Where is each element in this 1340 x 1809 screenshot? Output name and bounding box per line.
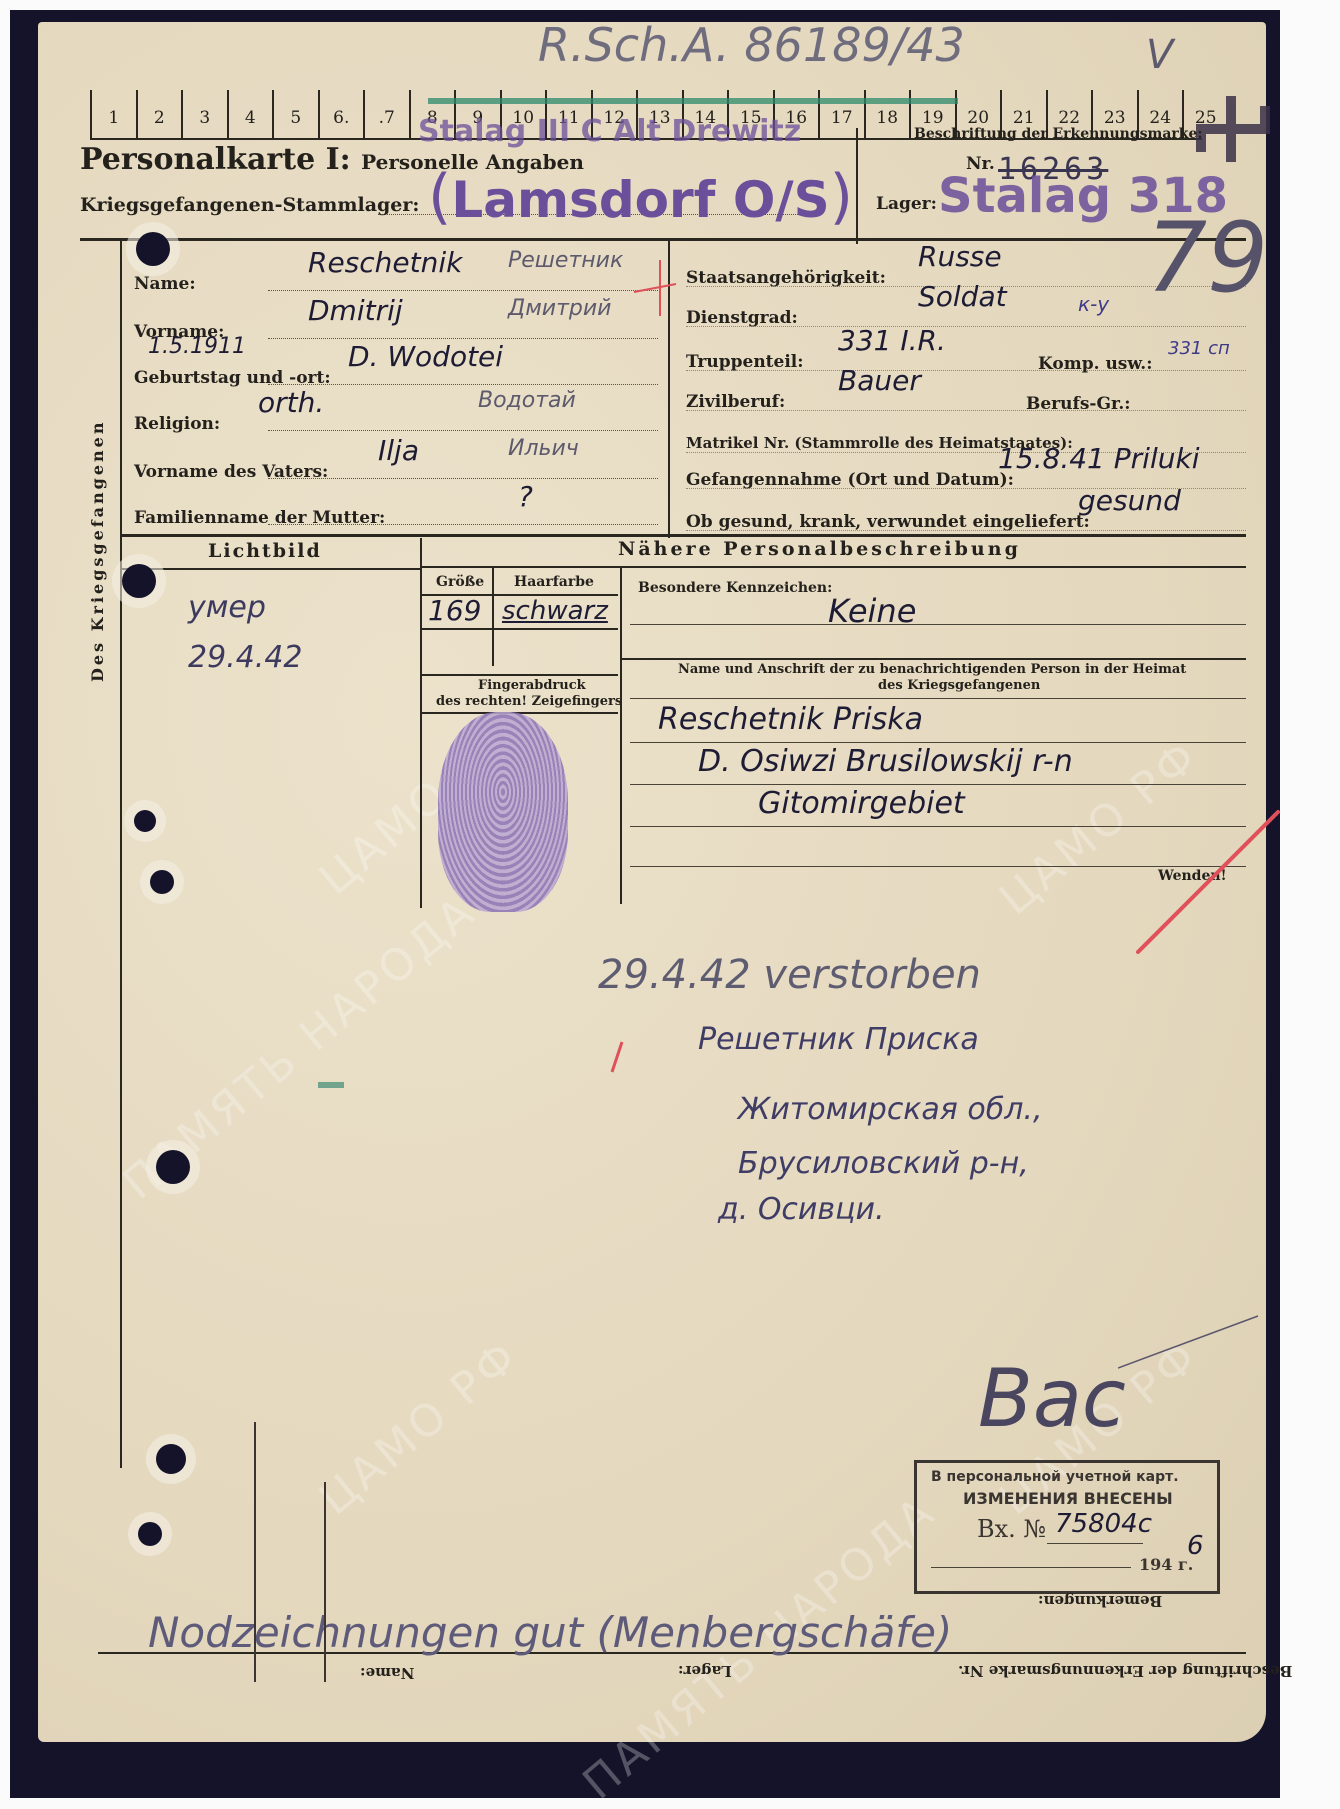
personal-field-line xyxy=(268,384,658,385)
bottom-vertical-line-1 xyxy=(254,1422,256,1682)
personal-field-value: ? xyxy=(518,480,533,513)
russian-note-line: Житомирская обл., xyxy=(738,1092,1043,1127)
military-field-label-secondary: Komp. usw.: xyxy=(1038,354,1153,374)
haarfarbe-value: schwarz xyxy=(502,596,608,626)
personal-field-russian-note: Ильич xyxy=(508,436,579,461)
military-field-label: Truppenteil: xyxy=(686,352,804,372)
military-field-value: gesund xyxy=(1078,484,1181,517)
ruler-cell: 2 xyxy=(136,90,182,138)
military-field-russian-note: к-у xyxy=(1078,292,1109,316)
military-field-value: Soldat xyxy=(918,280,1007,313)
card-title-text: Personalkarte I: xyxy=(80,142,351,177)
bottom-handwritten-note: Nodzeichnungen gut (Menbergschäfe) xyxy=(148,1608,952,1657)
bottom-lager-label: Lager: xyxy=(678,1662,732,1680)
military-field-value: Bauer xyxy=(838,364,921,397)
lichtbild-note-date: 29.4.42 xyxy=(188,640,303,675)
groesse-value: 169 xyxy=(428,594,481,627)
fingerabdruck-label-2: des rechten! Zeigefingers xyxy=(436,694,622,709)
personal-field-label: Geburtstag und -ort: xyxy=(134,368,331,388)
signature-flourish xyxy=(1118,1312,1268,1372)
fingerprint-top-rule xyxy=(422,674,618,676)
green-strikethrough xyxy=(428,98,958,104)
contact-label-line xyxy=(630,698,1246,699)
personal-field-value: Dmitrij xyxy=(308,294,403,327)
contact-rule xyxy=(630,784,1246,785)
fingerprint-impression xyxy=(438,712,568,912)
red-pencil-stroke xyxy=(1128,802,1288,962)
header-bottom-rule xyxy=(80,238,1246,241)
erkennungsmarke-label: Beschriftung der Erkennungsmarke: xyxy=(914,126,1203,142)
birth-date-value: 1.5.1911 xyxy=(148,334,246,359)
haarfarbe-label: Haarfarbe xyxy=(514,574,594,590)
groesse-value-rule xyxy=(422,628,618,630)
ruler-cell: 5 xyxy=(272,90,318,138)
russian-note-line: Брусиловский р-н, xyxy=(738,1146,1029,1181)
stamp-year-text: 194 xyxy=(1139,1555,1172,1574)
personal-field-value: Reschetnik xyxy=(308,246,462,279)
punch-hole xyxy=(122,564,156,598)
groesse-divider xyxy=(492,568,494,666)
contact-line: Reschetnik Priska xyxy=(658,702,923,737)
stamp-date-line xyxy=(931,1567,1131,1568)
lichtbild-note-died: умер xyxy=(188,590,266,625)
military-field-value-secondary: 331 сп xyxy=(1168,338,1230,359)
green-ink-dot xyxy=(318,1082,344,1088)
groesse-label: Größe xyxy=(436,574,484,590)
lichtbild-rule xyxy=(120,568,420,570)
russian-note-line: Решетник Приска xyxy=(698,1022,979,1057)
fingerabdruck-label-1: Fingerabdruck xyxy=(478,678,586,693)
lager-label: Lager: xyxy=(876,194,937,214)
stammlager-stamp: (Lamsdorf O/S) xyxy=(428,162,853,232)
military-field-value: Russe xyxy=(918,240,1002,273)
kennzeichen-label: Besondere Kennzeichen: xyxy=(638,580,832,596)
military-field-label: Staatsangehörigkeit: xyxy=(686,268,886,288)
personal-field-value: D. Wodotei xyxy=(348,340,503,373)
soviet-archive-stamp: В персональной учетной карт. ИЗМЕНЕНИЯ В… xyxy=(914,1460,1220,1594)
personal-field-label: Familienname der Mutter: xyxy=(134,508,385,528)
bottom-erkennungsmarke-label: Beschriftung der Erkennungsmarke Nr. xyxy=(958,1662,1292,1680)
personal-field-line xyxy=(268,338,658,339)
death-note: 29.4.42 verstorben xyxy=(598,952,981,998)
punch-hole xyxy=(156,1150,190,1184)
kennzeichen-line xyxy=(630,624,1246,625)
stamp-incoming-number: 75804с xyxy=(1055,1509,1152,1539)
watermark: ЦАМО РФ xyxy=(310,1330,529,1525)
fingerprint-divider xyxy=(620,568,622,904)
bottom-vertical-line-2 xyxy=(324,1482,326,1682)
signature: Вас xyxy=(978,1352,1126,1445)
military-field-value: 15.8.41 Priluki xyxy=(998,442,1199,475)
bottom-name-label: Name: xyxy=(360,1664,414,1682)
beschreibung-rule xyxy=(420,566,1246,568)
punch-hole xyxy=(150,870,174,894)
contact-rule xyxy=(630,742,1246,743)
bemerkungen-label: Bemerkungen: xyxy=(1038,1592,1162,1610)
military-field-label: Gefangennahme (Ort und Datum): xyxy=(686,470,1014,490)
left-margin-line xyxy=(120,238,122,1468)
personal-field-label: Name: xyxy=(134,274,196,294)
ruler-cell: 4 xyxy=(227,90,273,138)
personal-field-russian-note: Водотай xyxy=(478,388,576,413)
personal-field-line xyxy=(268,478,658,479)
military-field-line xyxy=(686,410,1246,411)
military-field-label: Zivilberuf: xyxy=(686,392,785,412)
punch-hole xyxy=(136,232,170,266)
ruler-cell: .7 xyxy=(363,90,409,138)
russian-note-line: д. Осивци. xyxy=(718,1192,885,1227)
punch-hole xyxy=(134,810,156,832)
military-field-value: 331 I.R. xyxy=(838,324,946,357)
red-cross-mark xyxy=(630,258,680,318)
ruler-cell: 6. xyxy=(318,90,364,138)
stammlager-label: Kriegsgefangenen-Stammlager: xyxy=(80,194,419,216)
margin-number-note: 79 xyxy=(1146,202,1268,314)
contact-label-1: Name und Anschrift der zu benachrichtige… xyxy=(678,662,1186,677)
punch-hole xyxy=(156,1444,186,1474)
personal-field-value: Ilja xyxy=(378,434,419,467)
personalbeschreibung-header: Nähere Personalbeschreibung xyxy=(618,538,1021,560)
red-tick-mark xyxy=(608,1032,628,1092)
side-vertical-label: Des Kriegsgefangenen xyxy=(88,420,107,682)
stammlager-value: Lamsdorf O/S xyxy=(451,171,829,229)
stamp-handwritten-digit: 6 xyxy=(1187,1531,1204,1561)
military-field-line xyxy=(686,530,1246,531)
military-field-line xyxy=(686,326,1246,327)
stamp-number-line xyxy=(1047,1543,1143,1544)
personal-field-line xyxy=(268,430,658,431)
contact-label-2: des Kriegsgefangenen xyxy=(878,678,1040,693)
stamp-line-2: ИЗМЕНЕНИЯ ВНЕСЕНЫ xyxy=(963,1489,1173,1508)
ruler-cell: 3 xyxy=(181,90,227,138)
archive-reference-annotation: R.Sch.A. 86189/43 xyxy=(538,18,965,72)
personal-bottom-rule xyxy=(120,534,1246,537)
contact-line: D. Osiwzi Brusilowskij r-n xyxy=(698,744,1073,779)
ruler-cell: 1 xyxy=(90,90,136,138)
contact-top-rule xyxy=(620,658,1246,660)
personalkarte-document: ПАМЯТЬ НАРОДА ПАМЯТЬ НАРОДА ЦАМО РФ ЦАМО… xyxy=(38,22,1266,1742)
military-field-line xyxy=(686,370,1246,371)
header-divider xyxy=(856,128,858,244)
personal-field-label: Religion: xyxy=(134,414,220,434)
personal-field-line xyxy=(268,290,658,291)
personal-field-russian-note: Дмитрий xyxy=(508,296,611,321)
personal-field-russian-note: Решетник xyxy=(508,248,623,273)
corner-check-mark: V xyxy=(1146,32,1173,78)
punch-hole xyxy=(138,1522,162,1546)
stamp-line-1: В персональной учетной карт. xyxy=(931,1469,1179,1485)
personal-field-line xyxy=(268,524,658,525)
stamp-incoming-label: Вх. № xyxy=(977,1515,1046,1543)
lichtbild-label: Lichtbild xyxy=(208,540,322,562)
military-field-label: Dienstgrad: xyxy=(686,308,798,328)
contact-line: Gitomirgebiet xyxy=(758,786,965,821)
personal-field-label: Vorname des Vaters: xyxy=(134,462,328,482)
personal-field-value: orth. xyxy=(258,386,324,419)
stamp-year: 194 г. xyxy=(1139,1555,1193,1574)
military-field-label: Ob gesund, krank, verwundet eingeliefert… xyxy=(686,512,1090,532)
military-field-label-secondary: Berufs-Gr.: xyxy=(1026,394,1131,414)
